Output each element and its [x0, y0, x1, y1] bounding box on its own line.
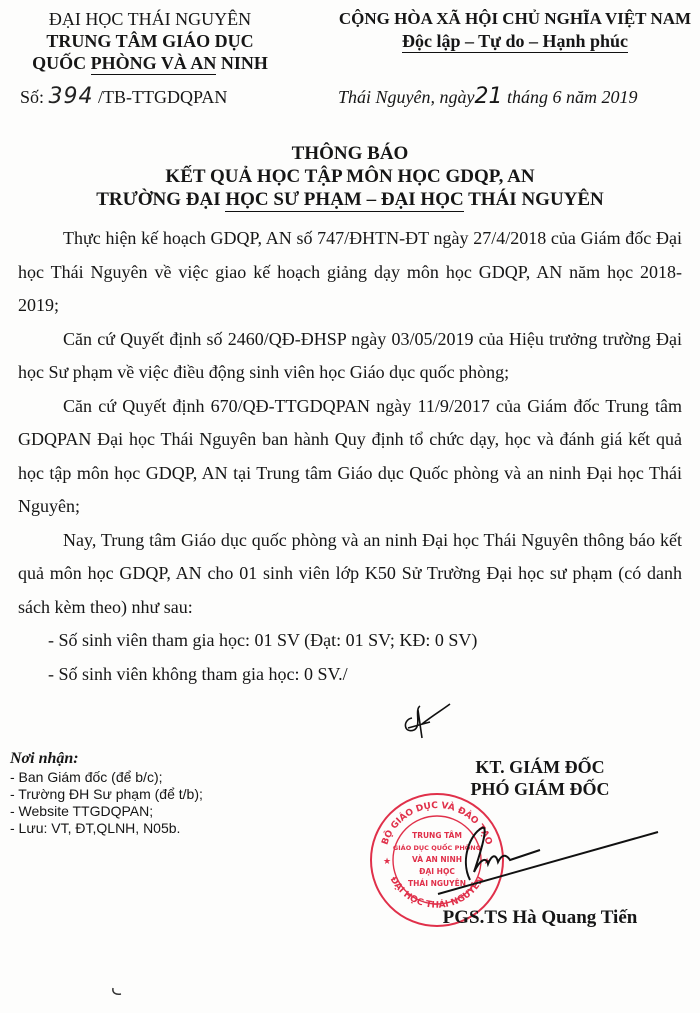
initials-flourish-icon: [392, 700, 452, 740]
signature-line1: KT. GIÁM ĐỐC: [390, 756, 690, 778]
issuer-line3-prefix: QUỐC: [32, 53, 91, 73]
doc-number-handwritten: 394: [49, 84, 94, 109]
signature-scribble-icon: [430, 820, 670, 900]
recipient-item: - Trường ĐH Sư phạm (để t/b);: [10, 786, 203, 803]
scan-smudge-icon: [110, 985, 124, 999]
body-list-item: - Số sinh viên tham gia học: 01 SV (Đạt:…: [18, 624, 682, 658]
recipients-block: Nơi nhận: - Ban Giám đốc (để b/c); - Trư…: [10, 750, 203, 837]
national-motto-text: Độc lập – Tự do – Hạnh phúc: [402, 31, 628, 53]
title-line2: KẾT QUẢ HỌC TẬP MÔN HỌC GDQP, AN: [0, 165, 700, 188]
issuer-center-line2: QUỐC PHÒNG VÀ AN NINH: [0, 52, 300, 74]
title-line3-prefix: TRƯỜNG ĐẠI: [96, 189, 225, 210]
national-motto-header: CỘNG HÒA XÃ HỘI CHỦ NGHĨA VIỆT NAM Độc l…: [330, 8, 700, 52]
issuer-center-line1: TRUNG TÂM GIÁO DỤC: [0, 30, 300, 52]
national-name: CỘNG HÒA XÃ HỘI CHỦ NGHĨA VIỆT NAM: [330, 8, 700, 30]
title-line3-suffix: THÁI NGUYÊN: [464, 189, 604, 210]
svg-text:★: ★: [383, 856, 391, 866]
issuer-header: ĐẠI HỌC THÁI NGUYÊN TRUNG TÂM GIÁO DỤC Q…: [0, 8, 300, 74]
body-list-item: - Số sinh viên không tham gia học: 0 SV.…: [18, 658, 682, 692]
date-suffix: tháng 6 năm 2019: [503, 87, 638, 107]
doc-number-suffix: /TB-TTGDQPAN: [94, 87, 228, 107]
recipient-item: - Website TTGDQPAN;: [10, 803, 203, 820]
document-title: THÔNG BÁO KẾT QUẢ HỌC TẬP MÔN HỌC GDQP, …: [0, 142, 700, 211]
date-prefix: Thái Nguyên, ngày: [338, 87, 475, 107]
date-day-handwritten: 21: [475, 84, 503, 109]
title-line3: TRƯỜNG ĐẠI HỌC SƯ PHẠM – ĐẠI HỌC THÁI NG…: [0, 188, 700, 211]
issuer-university: ĐẠI HỌC THÁI NGUYÊN: [0, 8, 300, 30]
national-motto: Độc lập – Tự do – Hạnh phúc: [330, 30, 700, 52]
document-number: Số: 394 /TB-TTGDQPAN: [20, 84, 227, 109]
body-paragraph: Nay, Trung tâm Giáo dục quốc phòng và an…: [18, 524, 682, 625]
title-line1: THÔNG BÁO: [0, 142, 700, 165]
issuer-line3-suffix: NINH: [216, 53, 268, 73]
recipient-item: - Ban Giám đốc (để b/c);: [10, 769, 203, 786]
document-body: Thực hiện kế hoạch GDQP, AN số 747/ĐHTN-…: [18, 222, 682, 691]
body-paragraph: Thực hiện kế hoạch GDQP, AN số 747/ĐHTN-…: [18, 222, 682, 323]
body-paragraph: Căn cứ Quyết định 670/QĐ-TTGDQPAN ngày 1…: [18, 390, 682, 524]
body-paragraph: Căn cứ Quyết định số 2460/QĐ-ĐHSP ngày 0…: [18, 323, 682, 390]
recipients-heading: Nơi nhận:: [10, 750, 203, 767]
title-line3-underlined: HỌC SƯ PHẠM – ĐẠI HỌC: [225, 189, 463, 212]
document-date: Thái Nguyên, ngày21 tháng 6 năm 2019: [338, 84, 638, 109]
signer-name: PGS.TS Hà Quang Tiến: [390, 907, 690, 929]
recipient-item: - Lưu: VT, ĐT,QLNH, N05b.: [10, 820, 203, 837]
doc-number-label: Số:: [20, 87, 49, 107]
issuer-line3-underlined: PHÒNG VÀ AN: [91, 53, 217, 75]
